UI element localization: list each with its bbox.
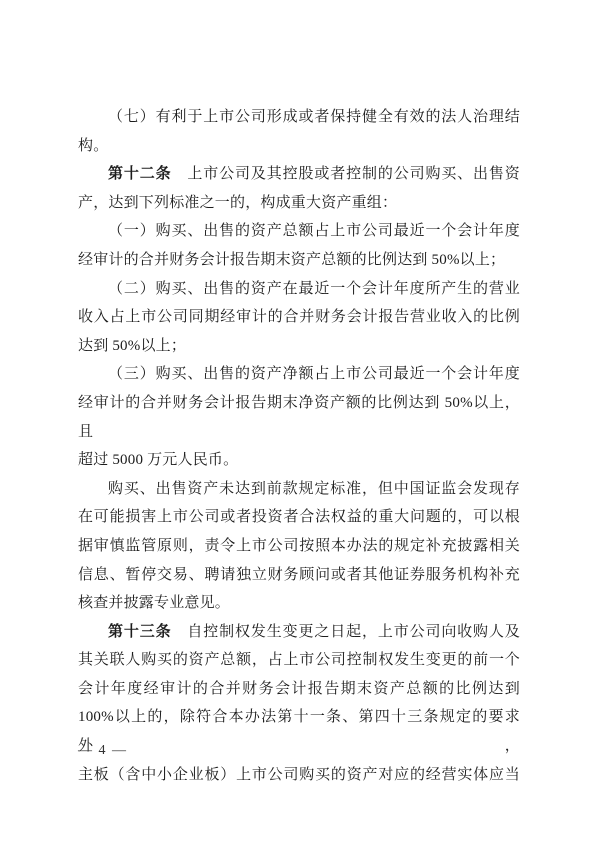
text-line: 据审慎监管原则，责令上市公司按照本办法的规定补充披露相关 [78, 532, 520, 561]
text-run: 其关联人购买的资产总额，占上市公司控制权发生变更的前一个 [78, 652, 520, 668]
text-run: 上市公司及其控股或者控制的公司购买、出售资 [172, 166, 521, 182]
text-line: （七）有利于上市公司形成或者保持健全有效的法人治理结 [78, 103, 520, 132]
text-line: 经审计的合并财务会计报告期末资产总额的比例达到 50%以上； [78, 246, 520, 275]
text-run: 信息、暂停交易、聘请独立财务顾问或者其他证券服务机构补充 [78, 567, 520, 583]
text-run: 主板（含中小企业板）上市公司购买的资产对应的经营实体应当 [78, 767, 520, 783]
text-line: 构。 [78, 132, 520, 161]
text-line: 第十二条 上市公司及其控股或者控制的公司购买、出售资 [78, 160, 520, 189]
text-run: 达到 50%以上； [78, 338, 186, 354]
text-line: 第十三条 自控制权发生变更之日起，上市公司向收购人及 [78, 618, 520, 647]
text-run: 核查并披露专业意见。 [78, 595, 230, 611]
text-line: 超过 5000 万元人民币。 [78, 446, 520, 475]
page-number: — 4 — [78, 743, 128, 759]
text-line: （三）购买、出售的资产净额占上市公司最近一个会计年度 [78, 360, 520, 389]
text-line: 收入占上市公司同期经审计的合并财务会计报告营业收入的比例 [78, 303, 520, 332]
text-line: （二）购买、出售的资产在最近一个会计年度所产生的营业 [78, 275, 520, 304]
text-run: 产，达到下列标准之一的，构成重大资产重组： [78, 195, 397, 211]
text-line: 其关联人购买的资产总额，占上市公司控制权发生变更的前一个 [78, 646, 520, 675]
text-run: 在可能损害上市公司或者投资者合法权益的重大问题的，可以根 [78, 509, 520, 525]
text-run: 经审计的合并财务会计报告期末净资产额的比例达到 50%以上，且 [78, 395, 520, 440]
text-run: 购买、出售资产未达到前款规定标准，但中国证监会发现存 [108, 481, 520, 497]
text-line: 核查并披露专业意见。 [78, 589, 520, 618]
document-page: （七）有利于上市公司形成或者保持健全有效的法人治理结构。第十二条 上市公司及其控… [0, 0, 596, 842]
text-line: 在可能损害上市公司或者投资者合法权益的重大问题的，可以根 [78, 503, 520, 532]
text-run: 超过 5000 万元人民币。 [78, 452, 238, 468]
text-line: 会计年度经审计的合并财务会计报告期末资产总额的比例达到 [78, 675, 520, 704]
text-run: 构。 [78, 138, 108, 154]
text-line: 购买、出售资产未达到前款规定标准，但中国证监会发现存 [78, 475, 520, 504]
text-line: 主板（含中小企业板）上市公司购买的资产对应的经营实体应当 [78, 761, 520, 790]
text-line: 产，达到下列标准之一的，构成重大资产重组： [78, 189, 520, 218]
text-run: （七）有利于上市公司形成或者保持健全有效的法人治理结 [108, 109, 520, 125]
text-line: 信息、暂停交易、聘请独立财务顾问或者其他证券服务机构补充 [78, 561, 520, 590]
text-run: 收入占上市公司同期经审计的合并财务会计报告营业收入的比例 [78, 309, 520, 325]
document-body: （七）有利于上市公司形成或者保持健全有效的法人治理结构。第十二条 上市公司及其控… [78, 103, 520, 789]
text-run: 经审计的合并财务会计报告期末资产总额的比例达到 50%以上； [78, 252, 505, 268]
text-line: 经审计的合并财务会计报告期末净资产额的比例达到 50%以上，且 [78, 389, 520, 446]
text-line: （一）购买、出售的资产总额占上市公司最近一个会计年度 [78, 217, 520, 246]
text-run: （二）购买、出售的资产在最近一个会计年度所产生的营业 [108, 281, 520, 297]
text-run: 100%以上的，除符合本办法第十一条、第四十三条规定的要求外， [78, 709, 520, 754]
article-heading: 第十二条 [108, 166, 172, 182]
text-run: 据审慎监管原则，责令上市公司按照本办法的规定补充披露相关 [78, 538, 520, 554]
text-run: （三）购买、出售的资产净额占上市公司最近一个会计年度 [108, 366, 520, 382]
text-run: 自控制权发生变更之日起，上市公司向收购人及 [172, 624, 521, 640]
text-run: （一）购买、出售的资产总额占上市公司最近一个会计年度 [108, 223, 520, 239]
text-line: 100%以上的，除符合本办法第十一条、第四十三条规定的要求外， [78, 703, 520, 760]
article-heading: 第十三条 [108, 624, 172, 640]
text-run: 会计年度经审计的合并财务会计报告期末资产总额的比例达到 [78, 681, 520, 697]
text-line: 达到 50%以上； [78, 332, 520, 361]
